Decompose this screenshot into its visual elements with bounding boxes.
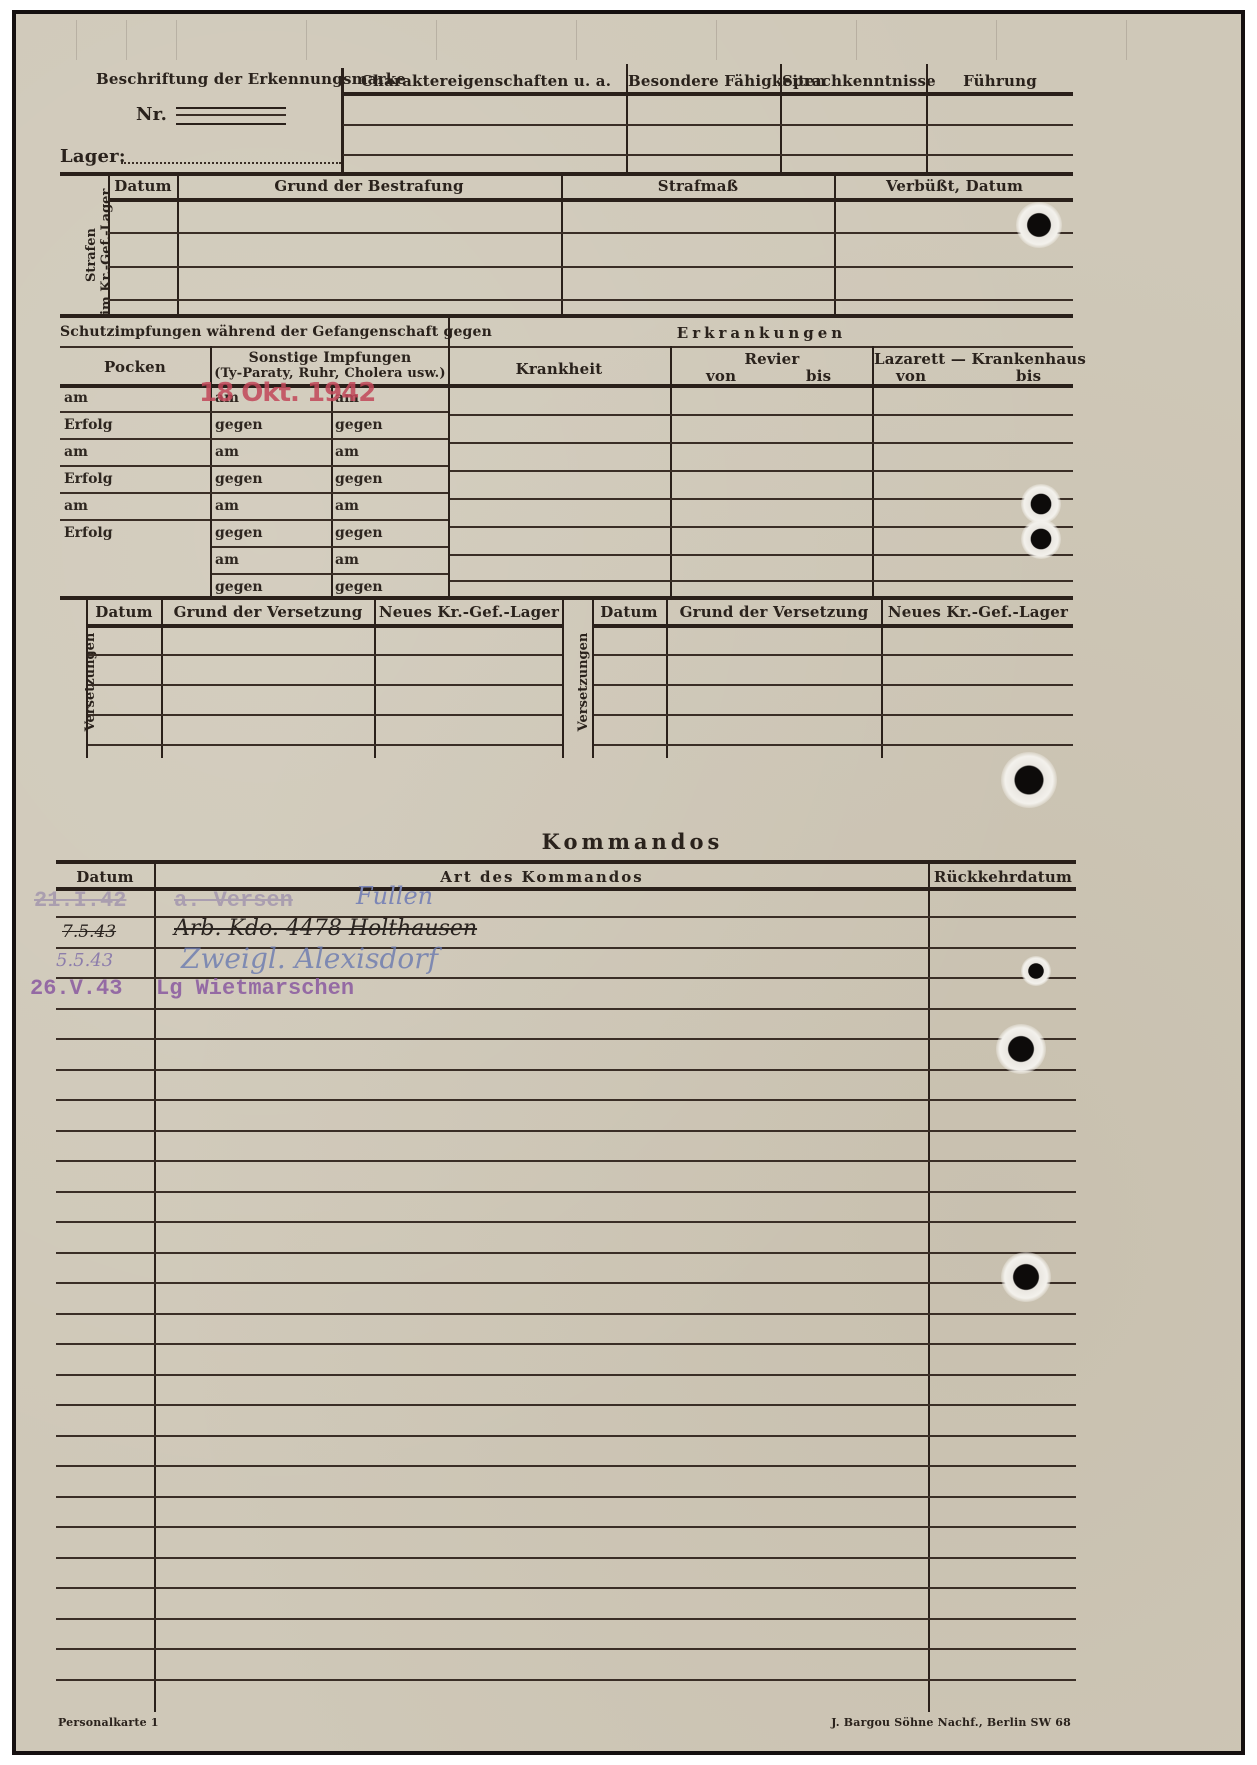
divider <box>592 598 594 758</box>
divider <box>562 598 564 758</box>
revier-von: von <box>706 367 736 385</box>
punishments-side-label: Strafen im Kr.-Gef.-Lager <box>84 195 118 315</box>
col-revier: Revier <box>672 350 872 368</box>
divider <box>177 174 179 314</box>
row-line <box>56 1160 1076 1162</box>
other-b-am-4: am <box>335 552 359 568</box>
side-label-line1: Strafen <box>84 195 99 315</box>
col-kdo-rueckkehr: Rückkehrdatum <box>930 868 1076 886</box>
punch-hole <box>1021 956 1051 986</box>
row-line <box>450 414 1073 416</box>
pocken-am-3: am <box>64 498 88 514</box>
show-through-mark <box>576 20 577 60</box>
other-a-gegen-2: gegen <box>215 471 263 487</box>
show-through-mark <box>856 20 857 60</box>
col-fuehrung: Führung <box>930 72 1070 90</box>
show-through-mark <box>306 20 307 60</box>
row-line <box>450 442 1073 444</box>
other-a-gegen-4: gegen <box>215 579 263 595</box>
section-rule <box>60 314 1073 318</box>
row-line <box>88 744 562 746</box>
row-line <box>56 1526 1076 1528</box>
col-kdo-art: Art des Kommandos <box>156 868 928 886</box>
col-datum-left: Datum <box>88 603 160 621</box>
col-strafmass: Strafmaß <box>563 177 833 195</box>
row-line <box>212 519 448 521</box>
divider <box>881 598 883 758</box>
nr-field-line <box>176 114 286 116</box>
row-line <box>594 714 1073 716</box>
kdo-entry-3-text: Zweigl. Alexisdorf <box>181 942 438 975</box>
row-line <box>343 124 1073 126</box>
col-lazarett: Lazarett — Krankenhaus <box>874 350 1073 368</box>
row-line <box>88 684 562 686</box>
kdo-entry-2-date: 7.5.43 <box>62 922 116 942</box>
show-through-mark <box>716 20 717 60</box>
row-line <box>56 1587 1076 1589</box>
row-line <box>56 1435 1076 1437</box>
kdo-entry-3-date: 5.5.43 <box>56 950 113 971</box>
col-krankheit: Krankheit <box>450 360 668 378</box>
show-through-mark <box>436 20 437 60</box>
revier-bis: bis <box>806 367 831 385</box>
row-line <box>56 1404 1076 1406</box>
kommandos-title: Kommandos <box>16 829 1249 854</box>
show-through-mark <box>996 20 997 60</box>
header-rule <box>86 624 562 628</box>
row-line <box>56 1343 1076 1345</box>
col-charakter: Charaktereigenschaften u. a. <box>346 72 626 90</box>
personnel-card: Beschriftung der Erkennungsmarke Nr. Lag… <box>12 10 1245 1755</box>
pocken-am-1: am <box>64 390 88 406</box>
side-label-line2: im Kr.-Gef.-Lager <box>99 195 114 315</box>
row-line <box>450 580 1073 582</box>
row-line <box>212 573 448 575</box>
kdo-entry-1-date: 21.I.42 <box>34 888 126 913</box>
date-stamp: 18 Okt. 1942 <box>199 378 375 408</box>
divider <box>834 174 836 314</box>
divider <box>161 598 163 758</box>
punch-hole <box>1021 519 1061 559</box>
row-line <box>450 498 1073 500</box>
row-line <box>450 526 1073 528</box>
row-line <box>60 492 448 494</box>
row-line <box>88 654 562 656</box>
row-line <box>56 1648 1076 1650</box>
pocken-erfolg-1: Erfolg <box>64 417 113 433</box>
show-through-mark <box>76 20 77 60</box>
row-line <box>56 1496 1076 1498</box>
row-line <box>212 546 448 548</box>
show-through-mark <box>1126 20 1127 60</box>
divider <box>108 174 110 314</box>
row-line <box>56 1557 1076 1559</box>
show-through-mark <box>176 20 177 60</box>
row-line <box>56 1038 1076 1040</box>
header-rule <box>450 346 1073 348</box>
divider <box>561 174 563 314</box>
row-line <box>60 438 448 440</box>
other-b-gegen-4: gegen <box>335 579 383 595</box>
lazarett-bis: bis <box>1016 367 1041 385</box>
header-rule <box>60 346 448 348</box>
punch-hole <box>1001 1252 1051 1302</box>
other-b-gegen-3: gegen <box>335 525 383 541</box>
row-line <box>594 684 1073 686</box>
table-top-rule <box>56 860 1076 864</box>
row-line <box>108 299 1073 301</box>
section-rule <box>60 596 1073 600</box>
col-verbuesst: Verbüßt, Datum <box>836 177 1073 195</box>
punch-hole <box>1021 484 1061 524</box>
kdo-entry-2-text: Arb. Kdo. 4478 Holthausen <box>174 916 477 941</box>
col-pocken: Pocken <box>60 358 210 376</box>
row-line <box>56 1069 1076 1071</box>
section-rule <box>60 172 1073 176</box>
kdo-entry-1-text: a. Versen <box>174 888 293 913</box>
row-line <box>56 1008 1076 1010</box>
col-kdo-datum: Datum <box>56 868 154 886</box>
other-b-gegen-2: gegen <box>335 471 383 487</box>
col-sprachkenntnisse: Sprachkenntnisse <box>782 72 928 90</box>
other-a-gegen-1: gegen <box>215 417 263 433</box>
divider <box>331 386 333 596</box>
divider <box>341 68 344 172</box>
illnesses-title: Erkrankungen <box>450 324 1073 342</box>
row-line <box>56 1679 1076 1681</box>
punch-hole <box>1001 752 1057 808</box>
divider <box>374 598 376 758</box>
row-line <box>56 1130 1076 1132</box>
row-line <box>594 744 1073 746</box>
row-line <box>108 232 1073 234</box>
kdo-entry-4-text: Lg Wietmarschen <box>156 976 354 1001</box>
divider <box>928 862 930 1712</box>
col-datum-right: Datum <box>594 603 664 621</box>
other-b-am-3: am <box>335 498 359 514</box>
row-line <box>60 465 448 467</box>
transfers-side-label-right: Versetzungen <box>576 627 592 737</box>
row-line <box>56 1618 1076 1620</box>
row-line <box>56 1252 1076 1254</box>
col-faehigkeiten: Besondere Fähigkeiten <box>628 72 780 90</box>
row-line <box>594 654 1073 656</box>
punch-hole <box>1016 202 1062 248</box>
row-line <box>56 1221 1076 1223</box>
col-grund-left: Grund der Versetzung <box>163 603 373 621</box>
col-lager-left: Neues Kr.-Gef.-Lager <box>376 603 562 621</box>
other-a-am-2: am <box>215 444 239 460</box>
other-a-gegen-3: gegen <box>215 525 263 541</box>
lager-label: Lager: <box>60 146 126 167</box>
form-name: Personalkarte 1 <box>58 1716 159 1729</box>
row-line <box>450 554 1073 556</box>
col-sonstige: Sonstige Impfungen <box>212 350 448 366</box>
row-line <box>343 154 1073 156</box>
row-line <box>108 266 1073 268</box>
row-line <box>450 470 1073 472</box>
kdo-entry-4-date: 26.V.43 <box>30 976 122 1001</box>
col-lager-right: Neues Kr.-Gef.-Lager <box>883 603 1073 621</box>
other-b-am-2: am <box>335 444 359 460</box>
header-rule <box>108 198 1073 202</box>
other-a-am-3: am <box>215 498 239 514</box>
row-line <box>56 1313 1076 1315</box>
row-line <box>88 714 562 716</box>
printer-imprint: J. Bargou Söhne Nachf., Berlin SW 68 <box>816 1716 1071 1729</box>
pocken-am-2: am <box>64 444 88 460</box>
nr-field[interactable] <box>176 107 286 125</box>
row-line <box>60 411 448 413</box>
row-line <box>56 1191 1076 1193</box>
col-grund-right: Grund der Versetzung <box>668 603 880 621</box>
row-line <box>56 1465 1076 1467</box>
divider <box>86 598 88 758</box>
kdo-entry-1-note: Fullen <box>356 882 433 910</box>
row-line <box>56 1374 1076 1376</box>
other-a-am-4: am <box>215 552 239 568</box>
vaccinations-title: Schutzimpfungen während der Gefangenscha… <box>60 324 448 340</box>
show-through-mark <box>126 20 127 60</box>
pocken-erfolg-2: Erfolg <box>64 471 113 487</box>
row-line <box>60 519 210 521</box>
header-rule <box>592 624 1073 628</box>
divider <box>666 598 668 758</box>
pocken-erfolg-3: Erfolg <box>64 525 113 541</box>
punch-hole <box>996 1024 1046 1074</box>
other-b-gegen-1: gegen <box>335 417 383 433</box>
lazarett-von: von <box>896 367 926 385</box>
header-rule <box>343 92 1073 96</box>
row-line <box>56 1282 1076 1284</box>
nr-label: Nr. <box>136 104 167 125</box>
col-grund: Grund der Bestrafung <box>179 177 559 195</box>
row-line <box>56 1099 1076 1101</box>
col-datum: Datum <box>110 177 176 195</box>
lager-field[interactable] <box>121 162 341 164</box>
